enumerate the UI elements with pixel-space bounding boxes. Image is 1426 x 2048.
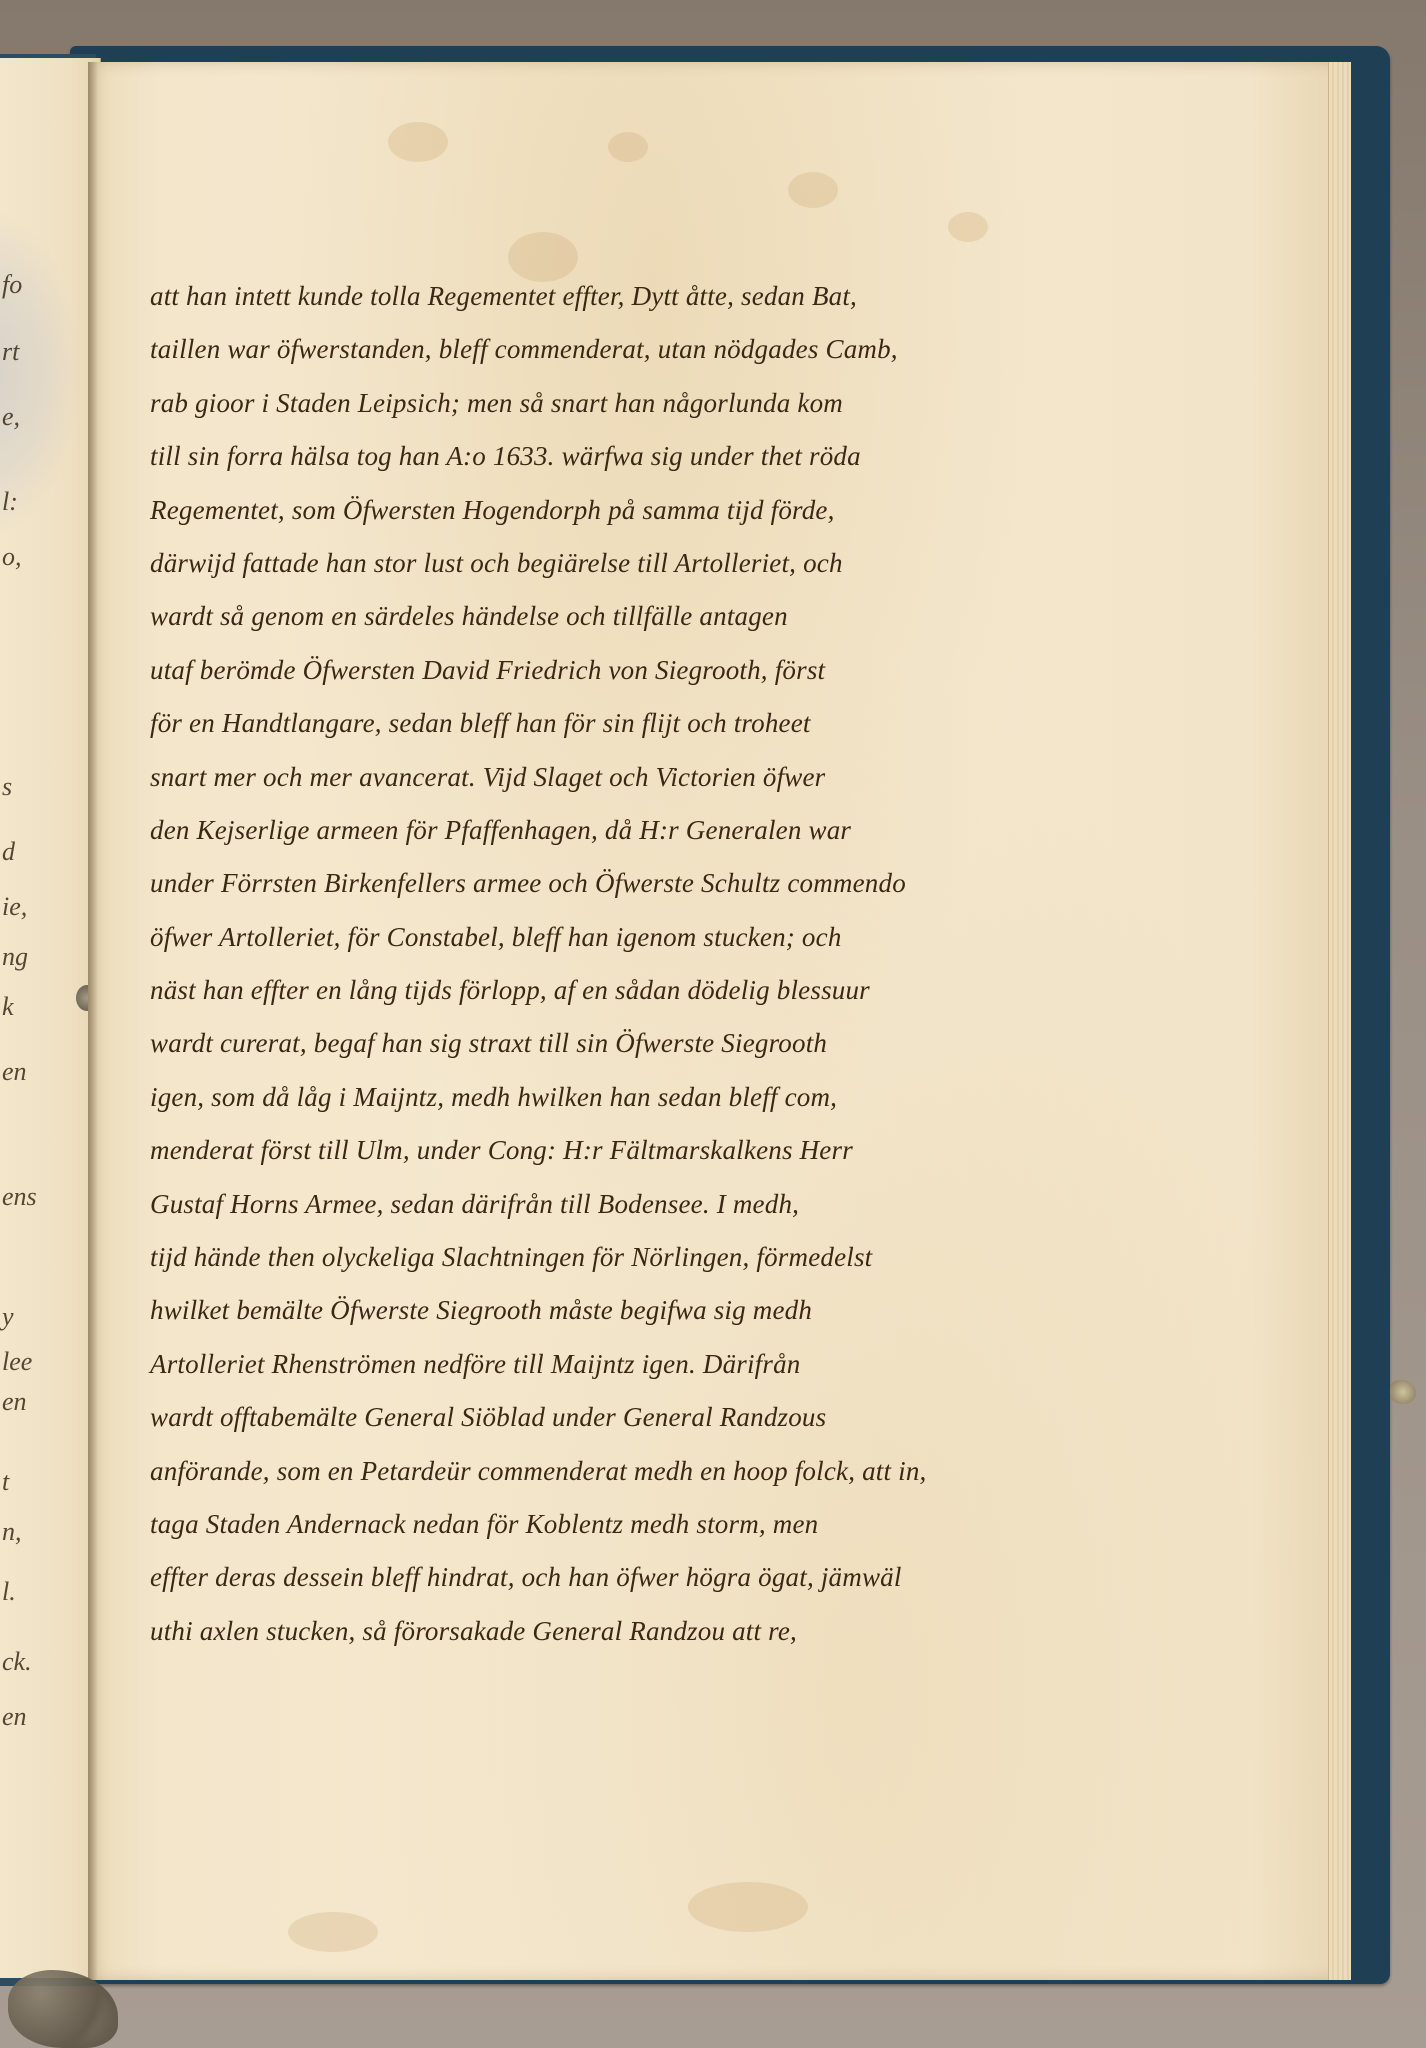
text-line: Gustaf Horns Armee, sedan därifrån till …: [150, 1178, 1140, 1231]
left-page-fragment: l:: [2, 487, 18, 517]
left-page-fragment: en: [2, 1702, 27, 1732]
text-line: till sin forra hälsa tog han A:o 1633. w…: [150, 430, 1140, 483]
text-line: snart mer och mer avancerat. Vijd Slaget…: [150, 751, 1140, 804]
text-line: Regementet, som Öfwersten Hogendorph på …: [150, 484, 1140, 537]
text-line: wardt offtabemälte General Siöblad under…: [150, 1391, 1140, 1444]
left-page-fragment: lee: [2, 1347, 32, 1377]
text-line: tijd hände then olyckeliga Slachtningen …: [150, 1231, 1140, 1284]
left-page-fragment: en: [2, 1057, 27, 1087]
left-page-fragment: t: [2, 1467, 9, 1497]
text-line: wardt så genom en särdeles händelse och …: [150, 590, 1140, 643]
left-page-fragment: ie,: [2, 892, 27, 922]
text-line: uthi axlen stucken, så förorsakade Gener…: [150, 1605, 1140, 1658]
text-line: att han intett kunde tolla Regementet ef…: [150, 270, 1140, 323]
text-line: den Kejserlige armeen för Pfaffenhagen, …: [150, 804, 1140, 857]
text-line: wardt curerat, begaf han sig straxt till…: [150, 1017, 1140, 1070]
text-line: menderat först till Ulm, under Cong: H:r…: [150, 1124, 1140, 1177]
foxing-stain: [948, 212, 988, 242]
text-line: därwijd fattade han stor lust och begiär…: [150, 537, 1140, 590]
left-page-fragment: en: [2, 1387, 27, 1417]
text-line: anförande, som en Petardeür commenderat …: [150, 1445, 1140, 1498]
left-page-fragment: y: [2, 1302, 14, 1332]
text-line: under Förrsten Birkenfellers armee och Ö…: [150, 857, 1140, 910]
left-page: forte,l:o,sdie,ngkenensyleeentn,l.ck.en: [0, 58, 101, 1978]
page-gutter: [88, 62, 98, 1980]
text-line: taga Staden Andernack nedan för Koblentz…: [150, 1498, 1140, 1551]
left-page-fragment: e,: [2, 402, 20, 432]
text-line: öfwer Artolleriet, för Constabel, bleff …: [150, 911, 1140, 964]
left-page-fragment: o,: [2, 542, 22, 572]
foxing-stain: [388, 122, 448, 162]
manuscript-text: att han intett kunde tolla Regementet ef…: [150, 270, 1140, 1658]
text-line: för en Handtlangare, sedan bleff han för…: [150, 697, 1140, 750]
text-line: effter deras dessein bleff hindrat, och …: [150, 1551, 1140, 1604]
left-page-fragment: ck.: [2, 1647, 32, 1677]
left-page-fragment: fo: [2, 270, 22, 300]
text-line: Artolleriet Rhenströmen nedföre till Mai…: [150, 1338, 1140, 1391]
left-page-fragment: rt: [2, 337, 19, 367]
foxing-stain: [608, 132, 648, 162]
left-page-fragment: ng: [2, 942, 28, 972]
text-line: igen, som då låg i Maijntz, medh hwilken…: [150, 1071, 1140, 1124]
foxing-stain: [788, 172, 838, 208]
text-line: utaf berömde Öfwersten David Friedrich v…: [150, 644, 1140, 697]
text-line: rab gioor i Staden Leipsich; men så snar…: [150, 377, 1140, 430]
left-page-fragment: l.: [2, 1577, 16, 1607]
ribbon-marker: [1390, 1380, 1416, 1404]
text-line: taillen war öfwerstanden, bleff commende…: [150, 323, 1140, 376]
left-page-fragment: s: [2, 772, 12, 802]
text-line: hwilket bemälte Öfwerste Siegrooth måste…: [150, 1284, 1140, 1337]
left-page-fragment: d: [2, 837, 15, 867]
left-page-fragment: k: [2, 992, 14, 1022]
text-line: näst han effter en lång tijds förlopp, a…: [150, 964, 1140, 1017]
page-edges: [1328, 62, 1351, 1980]
foxing-stain: [688, 1882, 808, 1932]
left-page-fragment: ens: [2, 1182, 37, 1212]
left-page-fragment: n,: [2, 1517, 22, 1547]
foxing-stain: [288, 1912, 378, 1952]
